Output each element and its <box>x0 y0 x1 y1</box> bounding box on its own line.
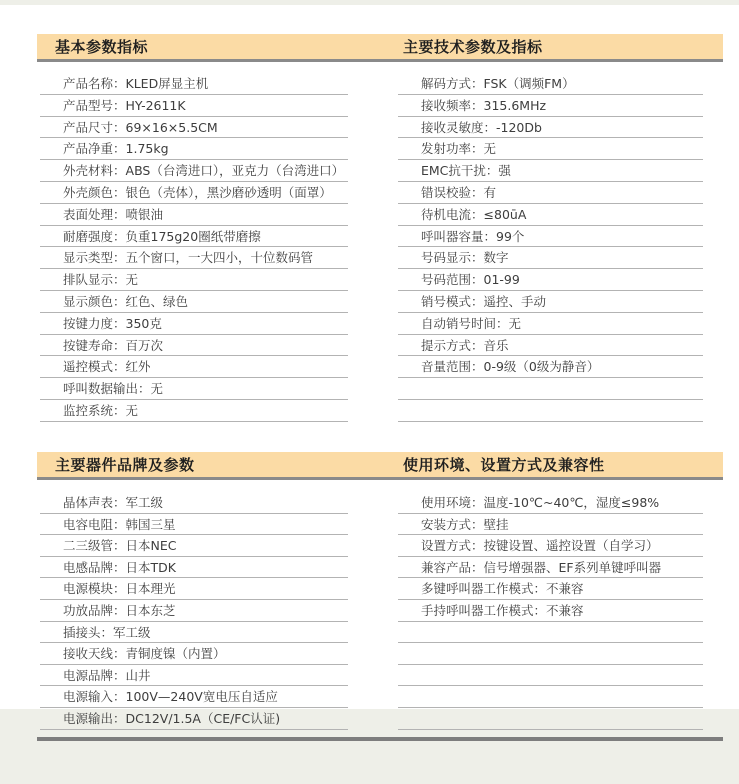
spec-row: 遥控模式：红外 <box>40 356 348 378</box>
spec-label: 插接头： <box>63 625 113 640</box>
section1-left-title: 基本参数指标 <box>55 34 148 59</box>
spec-row: 销号模式：遥控、手动 <box>398 291 703 313</box>
spec-label: 产品尺寸： <box>63 120 126 135</box>
spec-row: 安装方式：壁挂 <box>398 514 703 536</box>
spec-value: 不兼容 <box>546 581 584 596</box>
spec-value: 日本NEC <box>126 538 177 553</box>
spec-value: 百万次 <box>126 338 164 353</box>
spec-label: 监控系统： <box>63 403 126 418</box>
top-strip <box>0 0 739 5</box>
spec-label: 电源模块： <box>63 581 126 596</box>
spec-label: 电源品牌： <box>63 668 126 683</box>
spec-row <box>398 622 703 644</box>
spec-label: 多键呼叫器工作模式： <box>421 581 546 596</box>
spec-value: 五个窗口，一大四小，十位数码管 <box>126 250 314 265</box>
spec-label: 产品型号： <box>63 98 126 113</box>
spec-row: 外壳颜色：银色（壳体），黑沙磨砂透明（面罩） <box>40 182 348 204</box>
spec-label: 销号模式： <box>421 294 484 309</box>
spec-value: 315.6MHz <box>484 98 547 113</box>
spec-row: 兼容产品：信号增强器、EF系列单键呼叫器 <box>398 557 703 579</box>
spec-value: 按键设置、遥控设置（自学习） <box>484 538 659 553</box>
spec-row: 电感品牌：日本TDK <box>40 557 348 579</box>
spec-label: 接收天线： <box>63 646 126 661</box>
spec-label: 使用环境： <box>421 495 484 510</box>
spec-value: ≤80ūA <box>484 207 527 222</box>
spec-label: 解码方式： <box>421 76 484 91</box>
section2-header-bar: 主要器件品牌及参数 使用环境、设置方式及兼容性 <box>37 452 723 480</box>
spec-label: 电源输入： <box>63 689 126 704</box>
spec-row: 产品名称：KLED屏显主机 <box>40 73 348 95</box>
spec-label: 音量范围： <box>421 359 484 374</box>
spec-value: 军工级 <box>113 625 151 640</box>
spec-row: 自动销号时间：无 <box>398 313 703 335</box>
bottom-rule <box>37 737 723 741</box>
spec-value: 红色、绿色 <box>126 294 189 309</box>
spec-value: 0-9级（0级为静音） <box>484 359 600 374</box>
spec-row <box>398 643 703 665</box>
spec-row: 接收频率：315.6MHz <box>398 95 703 117</box>
spec-label: 待机电流： <box>421 207 484 222</box>
spec-row: 设置方式：按键设置、遥控设置（自学习） <box>398 535 703 557</box>
spec-label: 设置方式： <box>421 538 484 553</box>
spec-label: 排队显示： <box>63 272 126 287</box>
spec-label: 功放品牌： <box>63 603 126 618</box>
spec-row: 音量范围：0-9级（0级为静音） <box>398 356 703 378</box>
spec-row: 监控系统：无 <box>40 400 348 422</box>
spec-value: 日本理光 <box>126 581 176 596</box>
spec-value: 青铜度镍（内置） <box>126 646 226 661</box>
spec-value: 壁挂 <box>484 517 509 532</box>
spec-label: 安装方式： <box>421 517 484 532</box>
spec-value: 无 <box>484 141 497 156</box>
spec-value: 99个 <box>496 229 524 244</box>
spec-value: 100V—240V宽电压自适应 <box>126 689 278 704</box>
spec-label: 按键力度： <box>63 316 126 331</box>
section2-left-title: 主要器件品牌及参数 <box>55 452 195 477</box>
spec-label: 电感品牌： <box>63 560 126 575</box>
spec-label: 显示类型： <box>63 250 126 265</box>
spec-label: 自动销号时间： <box>421 316 509 331</box>
spec-label: 外壳颜色： <box>63 185 126 200</box>
spec-row <box>398 400 703 422</box>
spec-value: 红外 <box>126 359 151 374</box>
spec-row: 产品尺寸：69×16×5.5CM <box>40 117 348 139</box>
section2-right-title: 使用环境、设置方式及兼容性 <box>403 452 605 477</box>
spec-value: DC12V/1.5A（CE/FC认证) <box>126 711 281 726</box>
spec-label: 发射功率： <box>421 141 484 156</box>
spec-row: 插接头：军工级 <box>40 622 348 644</box>
spec-row <box>398 665 703 687</box>
section1-right-title: 主要技术参数及指标 <box>403 34 543 59</box>
spec-label: 错误校验： <box>421 185 484 200</box>
spec-value: 日本东芝 <box>126 603 176 618</box>
spec-row: 手持呼叫器工作模式：不兼容 <box>398 600 703 622</box>
spec-row: 提示方式：音乐 <box>398 335 703 357</box>
spec-value: 无 <box>126 403 139 418</box>
spec-value: 银色（壳体），黑沙磨砂透明（面罩） <box>126 185 332 200</box>
spec-value: 喷银油 <box>126 207 164 222</box>
spec-row: 按键寿命：百万次 <box>40 335 348 357</box>
spec-value: 无 <box>151 381 164 396</box>
section1-right-column: 解码方式：FSK（调频FM）接收频率：315.6MHz接收灵敏度：-120Db发… <box>398 73 703 422</box>
spec-value: -120Db <box>496 120 542 135</box>
spec-label: 表面处理： <box>63 207 126 222</box>
spec-label: 提示方式： <box>421 338 484 353</box>
spec-row: 功放品牌：日本东芝 <box>40 600 348 622</box>
section1-header-bar: 基本参数指标 主要技术参数及指标 <box>37 34 723 62</box>
spec-value: 负重175g20圈纸带磨擦 <box>126 229 261 244</box>
spec-value: 有 <box>484 185 497 200</box>
spec-value: 韩国三星 <box>126 517 176 532</box>
spec-row: 显示类型：五个窗口，一大四小，十位数码管 <box>40 247 348 269</box>
spec-label: 接收灵敏度： <box>421 120 496 135</box>
spec-label: 产品净重： <box>63 141 126 156</box>
spec-row <box>398 708 703 730</box>
spec-row: 显示颜色：红色、绿色 <box>40 291 348 313</box>
product-spec-sheet: 基本参数指标 主要技术参数及指标 产品名称：KLED屏显主机产品型号：HY-26… <box>0 0 739 784</box>
spec-value: 山井 <box>126 668 151 683</box>
spec-row: 二三级管：日本NEC <box>40 535 348 557</box>
spec-value: KLED屏显主机 <box>126 76 209 91</box>
spec-label: 遥控模式： <box>63 359 126 374</box>
spec-value: 温度-10℃~40℃，湿度≤98% <box>484 495 660 510</box>
spec-row: 电容电阻：韩国三星 <box>40 514 348 536</box>
spec-label: 号码范围： <box>421 272 484 287</box>
spec-row: 接收灵敏度：-120Db <box>398 117 703 139</box>
spec-label: 呼叫器容量： <box>421 229 496 244</box>
spec-row: 错误校验：有 <box>398 182 703 204</box>
spec-row: 产品净重：1.75kg <box>40 138 348 160</box>
spec-row: 晶体声表：军工级 <box>40 492 348 514</box>
spec-row: EMC抗干扰：强 <box>398 160 703 182</box>
section2-right-column: 使用环境：温度-10℃~40℃，湿度≤98%安装方式：壁挂设置方式：按键设置、遥… <box>398 492 703 730</box>
spec-row: 电源输入：100V—240V宽电压自适应 <box>40 686 348 708</box>
spec-label: 电源输出： <box>63 711 126 726</box>
spec-label: 外壳材料： <box>63 163 126 178</box>
spec-row <box>398 686 703 708</box>
spec-label: 产品名称： <box>63 76 126 91</box>
spec-value: FSK（调频FM） <box>484 76 575 91</box>
spec-row: 电源模块：日本理光 <box>40 578 348 600</box>
spec-value: 音乐 <box>484 338 509 353</box>
spec-value: 69×16×5.5CM <box>126 120 218 135</box>
section2-left-column: 晶体声表：军工级电容电阻：韩国三星二三级管：日本NEC电感品牌：日本TDK电源模… <box>40 492 348 730</box>
spec-row: 待机电流：≤80ūA <box>398 204 703 226</box>
spec-label: 二三级管： <box>63 538 126 553</box>
spec-value: 日本TDK <box>126 560 176 575</box>
spec-value: 信号增强器、EF系列单键呼叫器 <box>484 560 662 575</box>
spec-row: 外壳材料：ABS（台湾进口），亚克力（台湾进口） <box>40 160 348 182</box>
spec-row: 接收天线：青铜度镍（内置） <box>40 643 348 665</box>
spec-row: 产品型号：HY-2611K <box>40 95 348 117</box>
spec-label: 呼叫数据输出： <box>63 381 151 396</box>
spec-row: 表面处理：喷银油 <box>40 204 348 226</box>
spec-label: 耐磨强度： <box>63 229 126 244</box>
spec-label: 号码显示： <box>421 250 484 265</box>
spec-label: 电容电阻： <box>63 517 126 532</box>
spec-row: 呼叫器容量：99个 <box>398 226 703 248</box>
section1-left-column: 产品名称：KLED屏显主机产品型号：HY-2611K产品尺寸：69×16×5.5… <box>40 73 348 422</box>
spec-value: 军工级 <box>126 495 164 510</box>
spec-value: 不兼容 <box>546 603 584 618</box>
spec-value: ABS（台湾进口），亚克力（台湾进口） <box>126 163 345 178</box>
spec-label: 按键寿命： <box>63 338 126 353</box>
spec-value: 无 <box>126 272 139 287</box>
spec-value: 01-99 <box>484 272 520 287</box>
spec-value: 数字 <box>484 250 509 265</box>
spec-value: 强 <box>498 163 511 178</box>
spec-value: 遥控、手动 <box>484 294 547 309</box>
spec-row: 号码范围：01-99 <box>398 269 703 291</box>
spec-value: HY-2611K <box>126 98 186 113</box>
spec-row: 解码方式：FSK（调频FM） <box>398 73 703 95</box>
spec-row: 排队显示：无 <box>40 269 348 291</box>
spec-row: 使用环境：温度-10℃~40℃，湿度≤98% <box>398 492 703 514</box>
spec-row: 呼叫数据输出：无 <box>40 378 348 400</box>
spec-row: 号码显示：数字 <box>398 247 703 269</box>
spec-label: 接收频率： <box>421 98 484 113</box>
spec-label: EMC抗干扰： <box>421 163 498 178</box>
spec-label: 晶体声表： <box>63 495 126 510</box>
spec-label: 显示颜色： <box>63 294 126 309</box>
spec-label: 手持呼叫器工作模式： <box>421 603 546 618</box>
spec-row: 多键呼叫器工作模式：不兼容 <box>398 578 703 600</box>
spec-row <box>398 378 703 400</box>
spec-row: 耐磨强度：负重175g20圈纸带磨擦 <box>40 226 348 248</box>
spec-row: 电源输出：DC12V/1.5A（CE/FC认证) <box>40 708 348 730</box>
spec-row: 发射功率：无 <box>398 138 703 160</box>
spec-label: 兼容产品： <box>421 560 484 575</box>
spec-value: 无 <box>509 316 522 331</box>
spec-row: 电源品牌：山井 <box>40 665 348 687</box>
spec-value: 350克 <box>126 316 162 331</box>
spec-row: 按键力度：350克 <box>40 313 348 335</box>
spec-value: 1.75kg <box>126 141 169 156</box>
